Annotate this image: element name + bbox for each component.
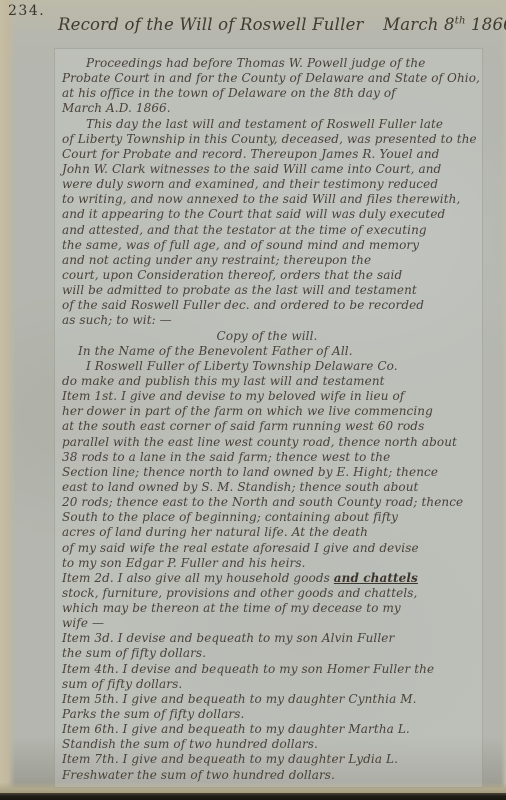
manuscript-line: of my said wife the real estate aforesai… bbox=[62, 541, 472, 556]
manuscript-line: Item 1st. I give and devise to my belove… bbox=[62, 389, 472, 404]
record-title-year: 1866. bbox=[471, 15, 506, 34]
record-title-date: March 8 bbox=[383, 15, 455, 34]
manuscript-line: Proceedings had before Thomas W. Powell … bbox=[62, 56, 472, 71]
page-number: 234. bbox=[8, 3, 45, 19]
manuscript-line-item2: Item 2d. I also give all my household go… bbox=[62, 571, 472, 586]
manuscript-line: acres of land during her natural life. A… bbox=[62, 525, 472, 540]
page-left-edge bbox=[0, 0, 15, 800]
manuscript-line: South to the place of beginning; contain… bbox=[62, 510, 472, 525]
manuscript-line: the same, was of full age, and of sound … bbox=[62, 238, 472, 253]
manuscript-line: Item 3d. I devise and bequeath to my son… bbox=[62, 631, 472, 646]
book-binding-shadow bbox=[0, 793, 506, 800]
page-right-edge bbox=[501, 0, 506, 800]
manuscript-line: Item 5th. I give and bequeath to my daug… bbox=[62, 692, 472, 707]
manuscript-line: wife — bbox=[62, 616, 472, 631]
manuscript-line: I Roswell Fuller of Liberty Township Del… bbox=[62, 359, 472, 374]
manuscript-line: as such; to wit: — bbox=[62, 313, 472, 328]
manuscript-line: east to land owned by S. M. Standish; th… bbox=[62, 480, 472, 495]
manuscript-line: Item 4th. I devise and bequeath to my so… bbox=[62, 662, 472, 677]
manuscript-line: 38 rods to a lane in the said farm; then… bbox=[62, 450, 472, 465]
manuscript-line: court, upon Consideration thereof, order… bbox=[62, 268, 472, 283]
manuscript-line: parallel with the east line west county … bbox=[62, 435, 472, 450]
manuscript-line: which may be thereon at the time of my d… bbox=[62, 601, 472, 616]
manuscript-line: do make and publish this my last will an… bbox=[62, 374, 472, 389]
manuscript-line: and attested, and that the testator at t… bbox=[62, 223, 472, 238]
manuscript-line: to my son Edgar P. Fuller and his heirs. bbox=[62, 556, 472, 571]
manuscript-line: at his office in the town of Delaware on… bbox=[62, 86, 472, 101]
manuscript-line: of the said Roswell Fuller dec. and orde… bbox=[62, 298, 472, 313]
manuscript-line: In the Name of the Benevolent Father of … bbox=[62, 344, 472, 359]
copy-of-will-heading: Copy of the will. bbox=[62, 329, 472, 344]
manuscript-line: Item 6th. I give and bequeath to my daug… bbox=[62, 722, 472, 737]
manuscript-line: to writing, and now annexed to the said … bbox=[62, 192, 472, 207]
manuscript-line: Court for Probate and record. Thereupon … bbox=[62, 147, 472, 162]
manuscript-line: This day the last will and testament of … bbox=[62, 117, 472, 132]
emphasized-phrase: and chattels bbox=[334, 571, 418, 585]
manuscript-body: Proceedings had before Thomas W. Powell … bbox=[62, 56, 472, 783]
manuscript-line: the sum of fifty dollars. bbox=[62, 646, 472, 661]
manuscript-line: Probate Court in and for the County of D… bbox=[62, 71, 472, 86]
record-title-text: Record of the Will of Roswell Fuller bbox=[58, 15, 364, 34]
manuscript-line: were duly sworn and examined, and their … bbox=[62, 177, 472, 192]
manuscript-line: Section line; thence north to land owned… bbox=[62, 465, 472, 480]
manuscript-line-text: Item 2d. I also give all my household go… bbox=[62, 571, 334, 585]
manuscript-line: Parks the sum of fifty dollars. bbox=[62, 707, 472, 722]
manuscript-line: and it appearing to the Court that said … bbox=[62, 207, 472, 222]
manuscript-line: sum of fifty dollars. bbox=[62, 677, 472, 692]
manuscript-line: Freshwater the sum of two hundred dollar… bbox=[62, 768, 472, 783]
manuscript-line: March A.D. 1866. bbox=[62, 101, 472, 116]
manuscript-line: and not acting under any restraint; ther… bbox=[62, 253, 472, 268]
manuscript-line: 20 rods; thence east to the North and so… bbox=[62, 495, 472, 510]
manuscript-page: 234. Record of the Will of Roswell Fulle… bbox=[0, 0, 506, 800]
manuscript-line: Standish the sum of two hundred dollars. bbox=[62, 737, 472, 752]
manuscript-line: of Liberty Township in this County, dece… bbox=[62, 132, 472, 147]
manuscript-line: at the south east corner of said farm ru… bbox=[62, 419, 472, 434]
manuscript-line: will be admitted to probate as the last … bbox=[62, 283, 472, 298]
manuscript-line: John W. Clark witnesses to the said Will… bbox=[62, 162, 472, 177]
record-title-ordinal: th bbox=[455, 16, 466, 27]
manuscript-line: her dower in part of the farm on which w… bbox=[62, 404, 472, 419]
record-title: Record of the Will of Roswell Fuller Mar… bbox=[58, 15, 488, 34]
manuscript-line: Item 7th. I give and bequeath to my daug… bbox=[62, 752, 472, 767]
manuscript-line: stock, furniture, provisions and other g… bbox=[62, 586, 472, 601]
